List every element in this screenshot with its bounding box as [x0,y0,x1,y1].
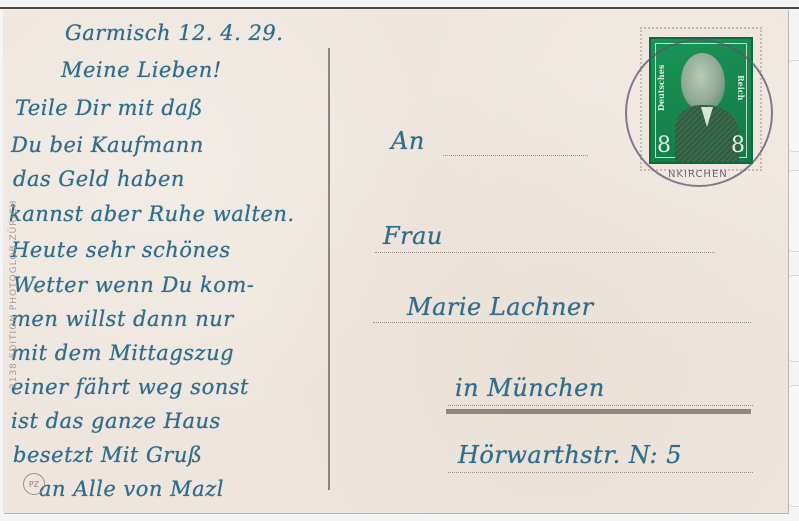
message-line: mit dem Mittagszug [11,341,234,365]
publisher-imprint: 2138 EDITION PHOTOGLOB ZÜRICH [9,200,19,389]
address-line-4 [448,405,753,406]
message-line: besetzt Mit Gruß [13,443,202,467]
message-line: men willst dann nur [11,307,234,331]
postmark-circle [625,39,773,187]
address-line-5 [448,472,753,473]
address-line-3 [373,322,751,323]
message-line: Wetter wenn Du kom- [13,273,254,297]
message-greeting: Meine Lieben! [61,58,222,82]
scan-top-edge [0,0,799,9]
message-line: Teile Dir mit daß [15,96,203,120]
address-to-label: An [391,127,425,155]
address-salutation: Frau [383,222,443,250]
message-line: das Geld haben [13,167,185,191]
message-line: Du bei Kaufmann [11,133,204,157]
message-date-line: Garmisch 12. 4. 29. [65,21,283,45]
message-line: kannst aber Ruhe walten. [9,202,295,226]
center-divider [328,48,330,490]
publisher-logo: PZ [23,473,45,495]
address-city: in München [455,374,605,402]
address-street: Hörwarthstr. N: 5 [458,441,682,469]
postmark-text: NKIRCHEN [668,169,728,180]
address-line-1 [443,155,588,156]
message-line: ist das ganze Haus [11,409,221,433]
message-signoff: an Alle von Mazl [39,477,224,501]
address-line-2 [375,252,715,253]
city-underline-bar [446,409,751,414]
message-line: Heute sehr schönes [11,238,231,262]
message-line: einer fährt weg sonst [11,375,249,399]
postcard: Garmisch 12. 4. 29. Meine Lieben! Teile … [3,9,788,513]
address-name: Marie Lachner [407,293,594,321]
